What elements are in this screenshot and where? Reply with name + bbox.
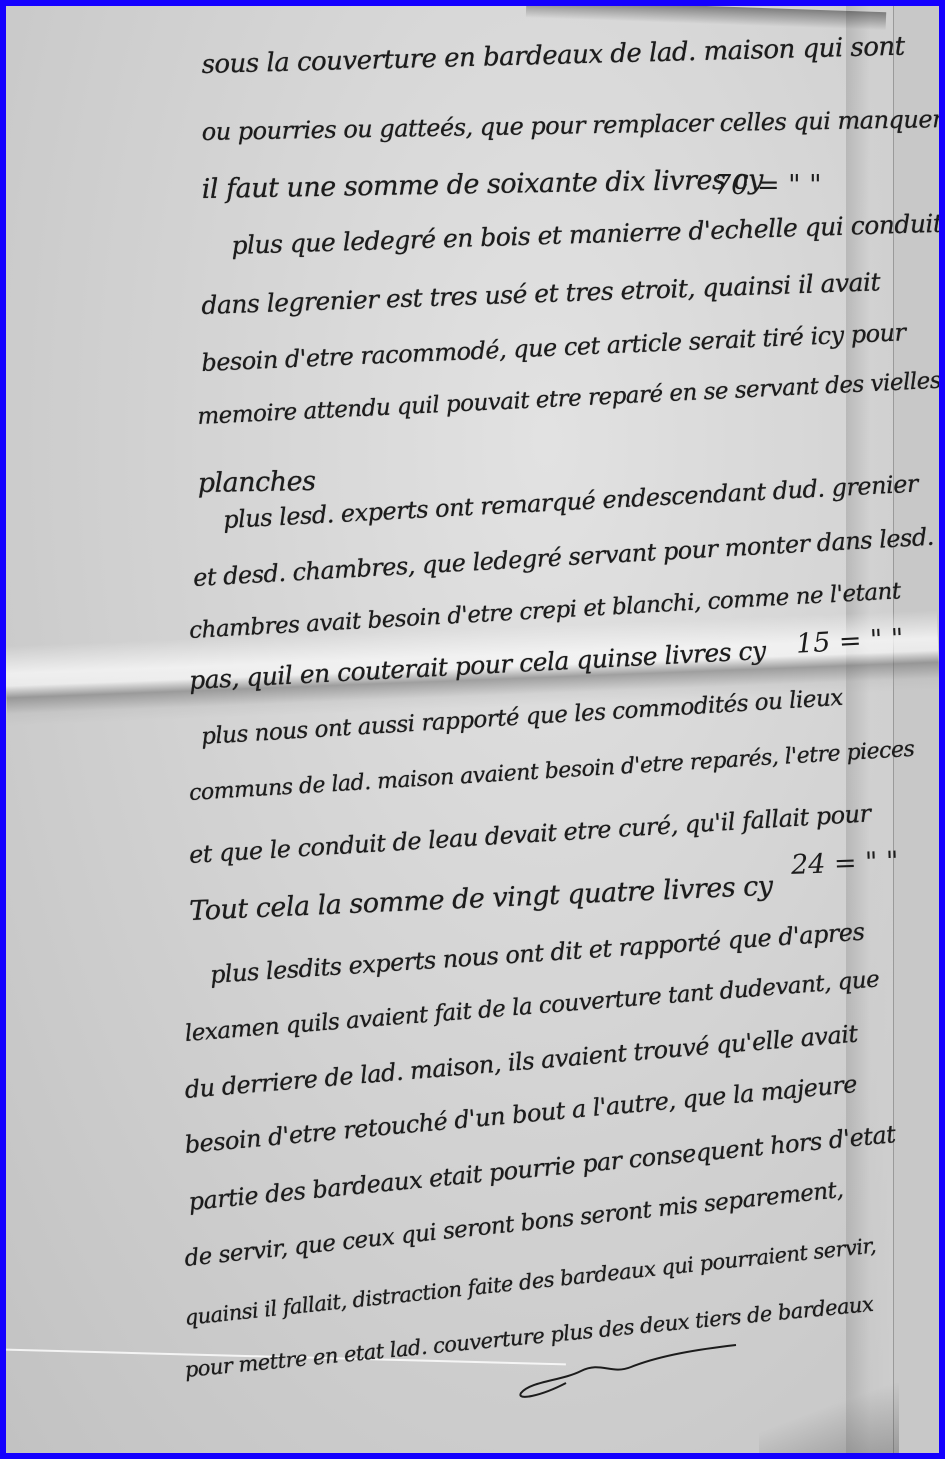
text-line: communs de lad. maison avaient besoin d'… xyxy=(188,737,914,806)
text-line: et que le conduit de leau devait etre cu… xyxy=(188,799,871,869)
text-line: pas, quil en couterait pour cela quinse … xyxy=(188,636,766,695)
end-flourish xyxy=(511,1341,741,1401)
text-line: Tout cela la somme de vingt quatre livre… xyxy=(189,871,774,927)
text-line: sous la couverture en bardeaux de lad. m… xyxy=(201,32,905,80)
text-line: dans legrenier est tres usé et tres etro… xyxy=(201,267,881,320)
handwritten-text: sous la couverture en bardeaux de lad. m… xyxy=(6,6,939,1453)
text-line: plus nous ont aussi rapporté que les com… xyxy=(200,685,843,750)
amount-70: 70 = " " xyxy=(714,170,822,201)
text-line: plus lesd. experts ont remarqué endescen… xyxy=(223,470,919,534)
text-line: ou pourries ou gatteés, que pour remplac… xyxy=(202,104,939,146)
text-line: plus que ledegré en bois et manierre d'e… xyxy=(231,209,939,260)
amount-15: 15 = " " xyxy=(795,623,904,660)
manuscript-photo: sous la couverture en bardeaux de lad. m… xyxy=(6,6,939,1453)
amount-24: 24 = " " xyxy=(790,846,899,881)
text-line: memoire attendu quil pouvait etre reparé… xyxy=(197,368,939,430)
text-line: planches xyxy=(197,466,315,499)
text-line: il faut une somme de soixante dix livres… xyxy=(201,164,763,205)
text-line: besoin d'etre racommodé, que cet article… xyxy=(201,318,906,377)
text-line: chambres avait besoin d'etre crepi et bl… xyxy=(189,578,902,644)
